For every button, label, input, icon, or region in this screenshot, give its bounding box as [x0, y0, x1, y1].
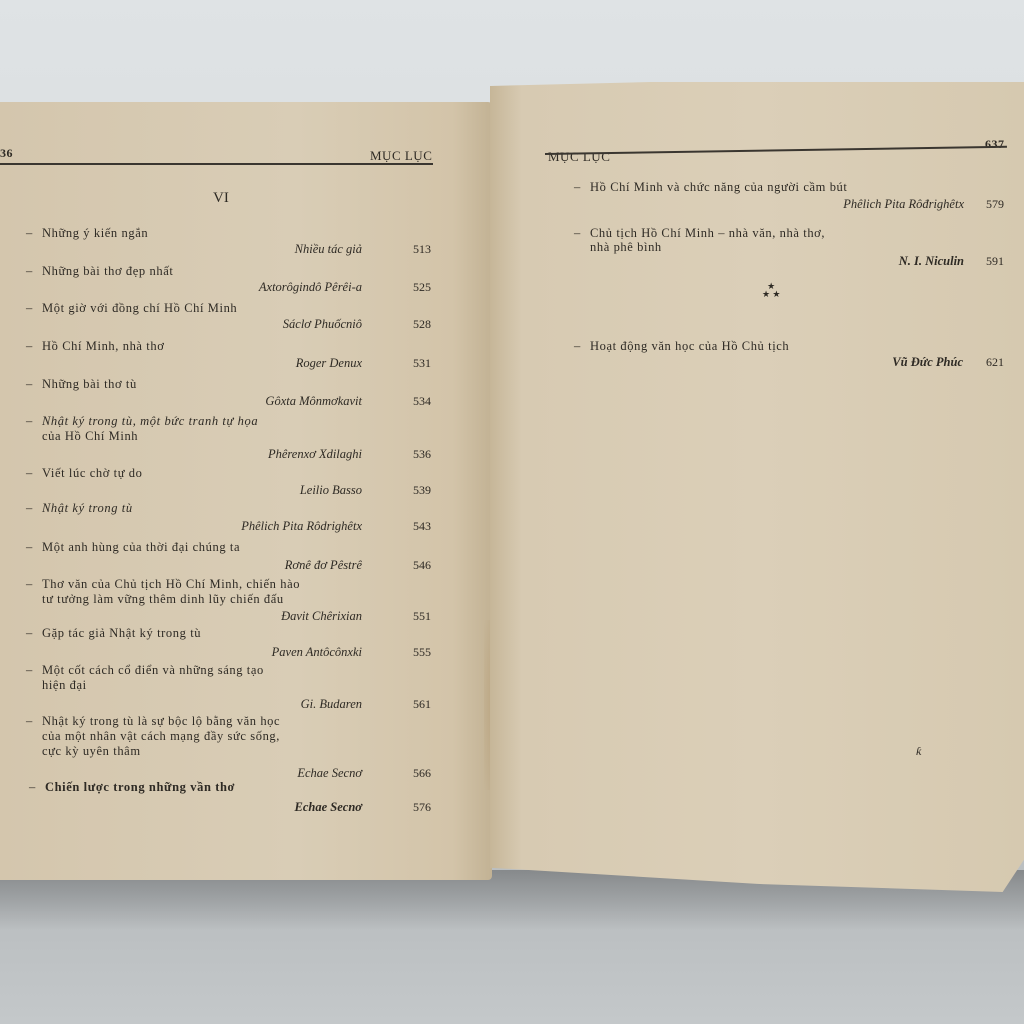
dash-icon: – — [26, 301, 32, 316]
entry-author: Echae Secnơ — [295, 800, 362, 815]
entry-author: Paven Antôcônxki — [272, 645, 362, 660]
entry-title: Nhật ký trong tù là sự bộc lộ bằng văn h… — [42, 714, 280, 729]
entry-page: 555 — [413, 645, 431, 660]
dash-icon: – — [26, 466, 32, 481]
entry-page: 546 — [413, 558, 431, 573]
entry-page: 579 — [986, 197, 1004, 212]
dash-icon: – — [26, 414, 32, 429]
entry-author: Phêlich Pita Rôdrighêtx — [241, 519, 362, 534]
dash-icon: – — [26, 626, 32, 641]
stray-ink-mark: ƙ — [916, 744, 921, 759]
left-page-number: 36 — [0, 146, 13, 161]
entry-title: Những bài thơ tù — [42, 377, 137, 392]
entry-author: Nhiều tác giả — [295, 242, 362, 257]
dash-icon: – — [26, 663, 32, 678]
entry-title: Chiến lược trong những vần thơ — [45, 780, 235, 795]
entry-page: 528 — [413, 317, 431, 332]
entry-page: 551 — [413, 609, 431, 624]
entry-title: Những ý kiến ngắn — [42, 226, 148, 241]
dash-icon: – — [574, 226, 580, 241]
entry-page: 539 — [413, 483, 431, 498]
entry-author: Roger Denux — [296, 356, 362, 371]
entry-title: Một cốt cách cổ điển và những sáng tạo — [42, 663, 264, 678]
entry-page: 536 — [413, 447, 431, 462]
dash-icon: – — [26, 377, 32, 392]
entry-page: 513 — [413, 242, 431, 257]
entry-title: Nhật ký trong tù — [42, 501, 133, 516]
entry-author: Phêrenxơ Xdilaghi — [268, 447, 362, 462]
entry-author: Đavit Chêrixian — [281, 609, 362, 624]
entry-title-line-2: tư tưởng làm vững thêm dinh lũy chiến đấ… — [42, 592, 284, 607]
entry-author: Vũ Đức Phúc — [892, 355, 963, 370]
entry-author: Echae Secnơ — [297, 766, 362, 781]
dash-icon: – — [26, 714, 32, 729]
entry-page: 543 — [413, 519, 431, 534]
entry-title: Một anh hùng của thời đại chúng ta — [42, 540, 240, 555]
entry-title: Nhật ký trong tù, một bức tranh tự họa — [42, 414, 258, 429]
entry-page: 566 — [413, 766, 431, 781]
entry-page: 561 — [413, 697, 431, 712]
dash-icon: – — [26, 339, 32, 354]
entry-title: Hồ Chí Minh và chức năng của người cầm b… — [590, 180, 847, 195]
dash-icon: – — [26, 264, 32, 279]
entry-title: Thơ văn của Chủ tịch Hồ Chí Minh, chiến … — [42, 577, 300, 592]
entry-title-line-2: hiện đại — [42, 678, 87, 693]
entry-author: Gi. Budaren — [301, 697, 362, 712]
entry-author: Phêlich Pita Rôđrighêtx — [843, 197, 964, 212]
dash-icon: – — [26, 577, 32, 592]
entry-title: Một giờ với đồng chí Hồ Chí Minh — [42, 301, 237, 316]
dash-icon: – — [574, 339, 580, 354]
entry-author: N. I. Niculin — [899, 254, 964, 269]
asterism-separator: ★ ★ ★ — [762, 282, 780, 298]
entry-page: 525 — [413, 280, 431, 295]
entry-title: Chủ tịch Hồ Chí Minh – nhà văn, nhà thơ, — [590, 226, 825, 241]
entry-page: 591 — [986, 254, 1004, 269]
dash-icon: – — [26, 540, 32, 555]
entry-title: Hoạt động văn học của Hồ Chủ tịch — [590, 339, 789, 354]
entry-title: Viết lúc chờ tự do — [42, 466, 143, 481]
dash-icon: – — [26, 226, 32, 241]
entry-title-line-2: của một nhân vật cách mạng đầy sức sống, — [42, 729, 280, 744]
entry-author: Leilio Basso — [300, 483, 362, 498]
left-running-header: MỤC LỤC — [370, 148, 432, 164]
entry-title-line-2: nhà phê bình — [590, 240, 662, 255]
entry-title-line-3: cực kỳ uyên thâm — [42, 744, 141, 759]
entry-page: 534 — [413, 394, 431, 409]
entry-author: Sáclơ Phuốcniô — [283, 317, 362, 332]
entry-author: Axtorôgindô Pêrêi-a — [259, 280, 362, 295]
dash-icon: – — [29, 780, 35, 795]
entry-title: Hồ Chí Minh, nhà thơ — [42, 339, 164, 354]
left-header-rule — [0, 163, 433, 165]
entry-author: Rơnê đơ Pêstrê — [285, 558, 362, 573]
dash-icon: – — [574, 180, 580, 195]
dash-icon: – — [26, 501, 32, 516]
star-icon: ★ ★ — [762, 289, 780, 299]
entry-author: Gôxta Mônmơkavit — [265, 394, 362, 409]
entry-title: Những bài thơ đẹp nhất — [42, 264, 173, 279]
entry-title: Gặp tác giả Nhật ký trong tù — [42, 626, 201, 641]
section-heading: VI — [213, 190, 229, 207]
entry-page: 531 — [413, 356, 431, 371]
entry-page: 576 — [413, 800, 431, 815]
entry-title-line-2: của Hồ Chí Minh — [42, 429, 138, 444]
entry-page: 621 — [986, 355, 1004, 370]
right-page-number: 637 — [985, 137, 1005, 152]
